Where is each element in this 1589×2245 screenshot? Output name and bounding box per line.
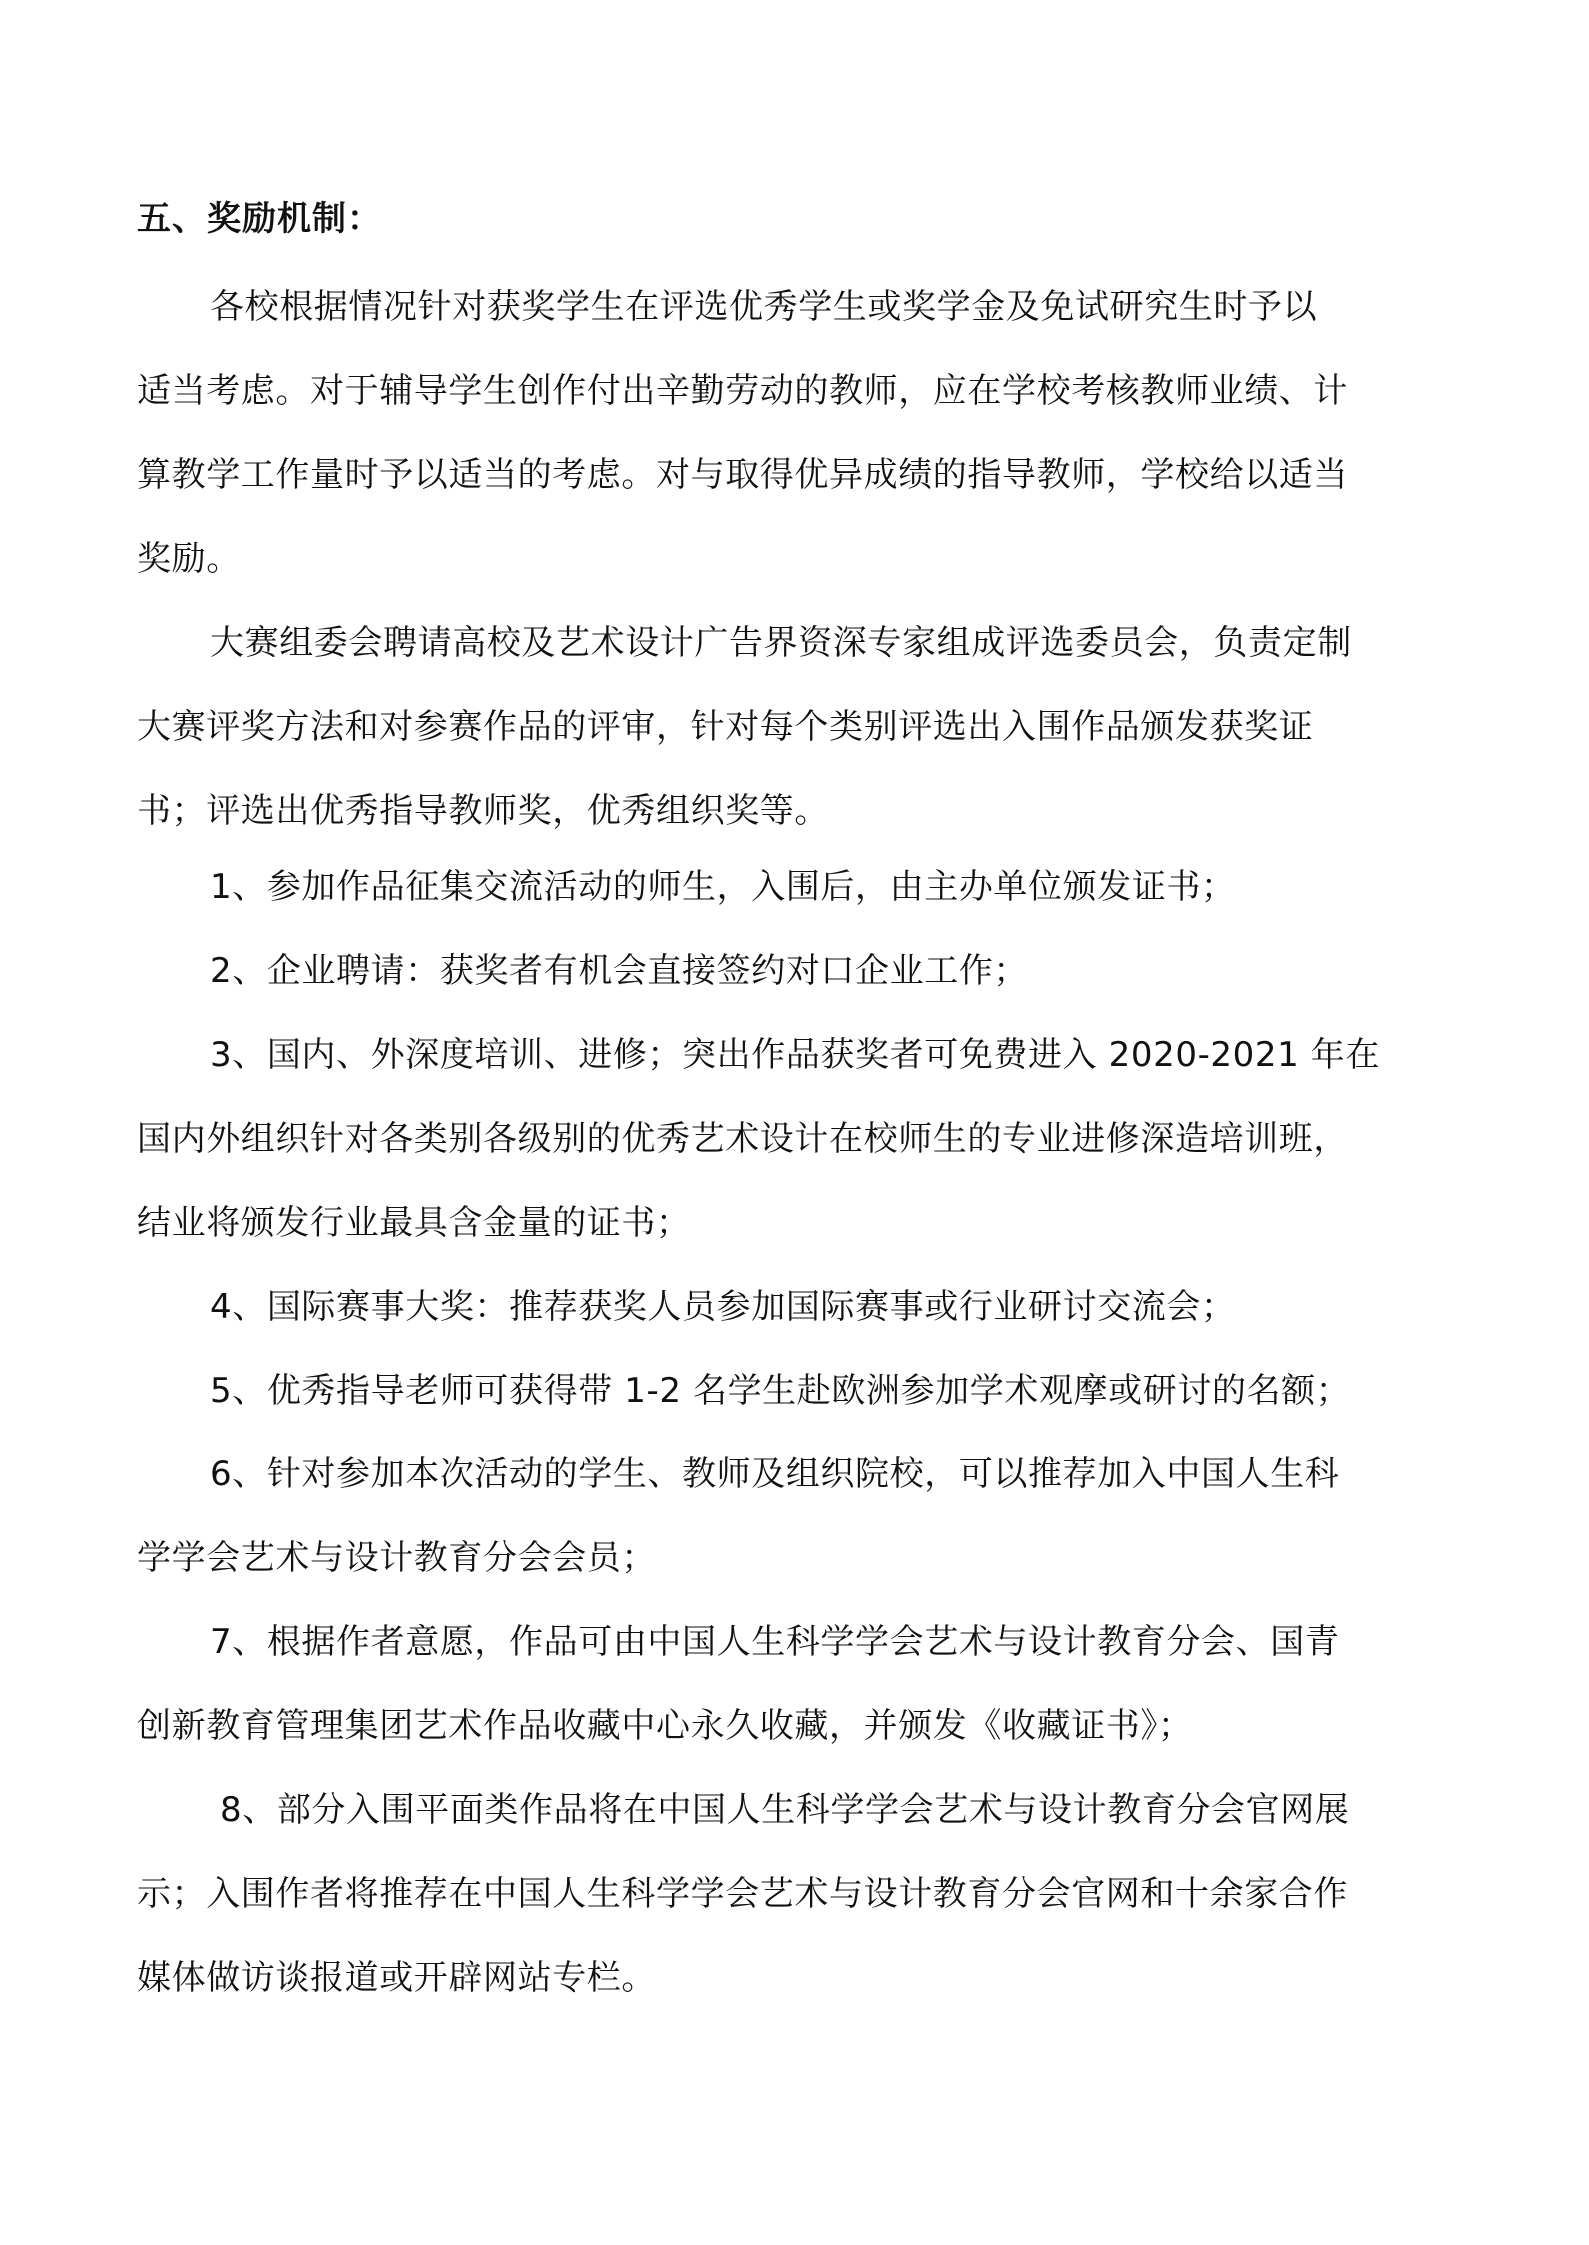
list-item-4: 4、国际赛事大奖：推荐获奖人员参加国际赛事或行业研讨交流会； [210,1283,1236,1331]
list-item-3-line-2: 国内外组织针对各类别各级别的优秀艺术设计在校师生的专业进修深造培训班， [137,1115,1348,1163]
paragraph-2-line-2: 大赛评奖方法和对参赛作品的评审，针对每个类别评选出入围作品颁发获奖证 [137,703,1313,751]
list-item-8-line-3: 媒体做访谈报道或开辟网站专栏。 [137,1954,656,2002]
list-item-3-line-3: 结业将颁发行业最具含金量的证书； [137,1199,691,1247]
list-item-7-line-1: 7、根据作者意愿，作品可由中国人生科学学会艺术与设计教育分会、国青 [210,1618,1339,1666]
list-item-5: 5、优秀指导老师可获得带 1-2 名学生赴欧洲参加学术观摩或研讨的名额； [210,1367,1350,1415]
list-item-6-line-1: 6、针对参加本次活动的学生、教师及组织院校，可以推荐加入中国人生科 [210,1450,1339,1498]
list-item-6-line-2: 学学会艺术与设计教育分会会员； [137,1534,656,1582]
paragraph-1-line-2: 适当考虑。对于辅导学生创作付出辛勤劳动的教师，应在学校考核教师业绩、计 [137,367,1348,415]
list-item-8-line-2: 示；入围作者将推荐在中国人生科学学会艺术与设计教育分会官网和十余家合作 [137,1870,1348,1918]
list-item-7-line-2: 创新教育管理集团艺术作品收藏中心永久收藏，并颁发《收藏证书》； [137,1702,1193,1750]
document-page: 五、奖励机制： 各校根据情况针对获奖学生在评选优秀学生或奖学金及免试研究生时予以… [0,0,1589,2245]
paragraph-1-line-3: 算教学工作量时予以适当的考虑。对与取得优异成绩的指导教师，学校给以适当 [137,451,1348,499]
section-heading: 五、奖励机制： [137,195,382,243]
paragraph-1-line-4: 奖励。 [137,535,241,583]
paragraph-1-line-1: 各校根据情况针对获奖学生在评选优秀学生或奖学金及免试研究生时予以 [210,283,1317,331]
list-item-3-line-1: 3、国内、外深度培训、进修；突出作品获奖者可免费进入 2020-2021 年在 [210,1031,1380,1079]
list-item-1: 1、参加作品征集交流活动的师生，入围后，由主办单位颁发证书； [210,863,1236,911]
list-item-8-line-1: 8、部分入围平面类作品将在中国人生科学学会艺术与设计教育分会官网展 [220,1786,1349,1834]
paragraph-2-line-1: 大赛组委会聘请高校及艺术设计广告界资深专家组成评选委员会，负责定制 [210,619,1352,667]
list-item-2: 2、企业聘请：获奖者有机会直接签约对口企业工作； [210,947,1028,995]
paragraph-2-line-3: 书；评选出优秀指导教师奖，优秀组织奖等。 [137,787,829,835]
